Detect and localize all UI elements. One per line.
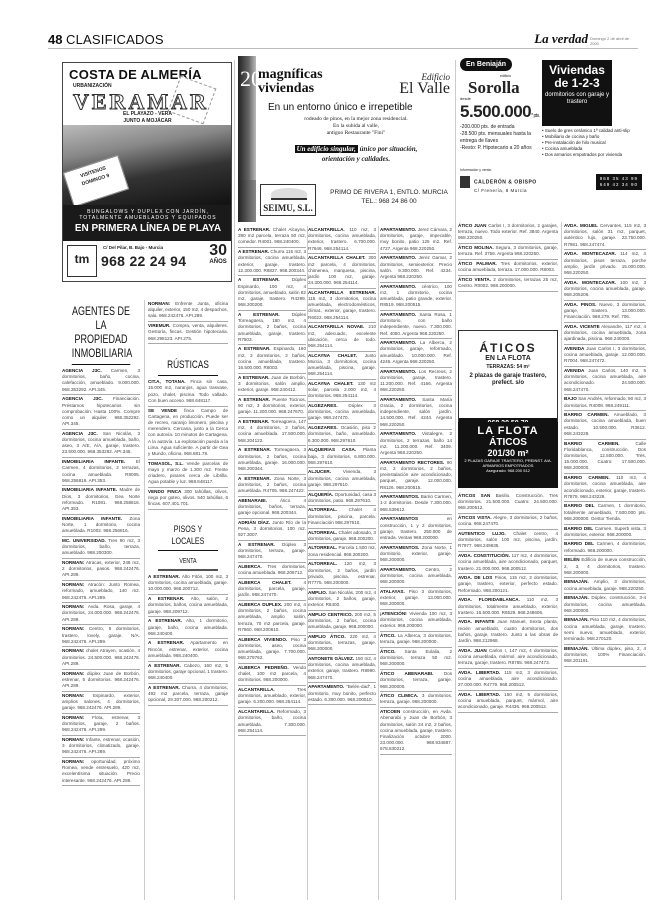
entry-heading: ALBERCA CHALET. bbox=[238, 580, 292, 585]
entry-heading: BARRIO DEL bbox=[564, 541, 594, 546]
entry-heading: ALQUERÍA. bbox=[308, 492, 333, 497]
phone-box: 968 35 43 99 649 42 34 90 bbox=[596, 174, 642, 190]
payment-terms: -200.000 pts. de entrada -28.500 pts. me… bbox=[460, 124, 540, 152]
classified-entry: APARTAMENTO RECTORES. 90 m2, 2 dormitori… bbox=[380, 459, 452, 494]
classified-entry: BARRIO CARMEN. 110 m2, 4 dormitorios, co… bbox=[564, 474, 646, 502]
classified-entry: NORMAN: Atracas, exterior, 248 m2, 2 dor… bbox=[62, 559, 140, 581]
ad-title: ÁTICOS bbox=[459, 341, 557, 355]
classified-entry: ALTORREAL. Parcela 1.500 m2, zona reside… bbox=[308, 544, 376, 560]
entry-heading: ALCANTARILLA. bbox=[308, 227, 345, 232]
term-line: -28.500 pts. mensuales hasta la entrega … bbox=[460, 131, 540, 145]
column-divider bbox=[561, 222, 562, 900]
entry-heading: AMPLIO CENTRICO. bbox=[308, 612, 353, 617]
entry-heading: BENIAJÁN. bbox=[564, 579, 589, 584]
entry-heading: AVDA. DE LOS bbox=[458, 575, 492, 580]
entry-heading: TOMASOL, S.L. bbox=[148, 461, 184, 466]
column-divider bbox=[307, 226, 308, 900]
entry-heading: NORMAN: bbox=[62, 671, 84, 676]
classified-entry: ¡ATENCIÓN! Vivienda 100 m2, 3 dormitorio… bbox=[380, 610, 452, 632]
entry-heading: ALCANTARILLA. bbox=[238, 709, 275, 714]
column-divider bbox=[378, 226, 379, 900]
entry-heading: ÁTICO ABENARABI. bbox=[380, 671, 433, 676]
entry-heading: ALCAYNA CHALET. bbox=[308, 381, 353, 386]
classified-entry: ALBERCA PEDREÑO. Vendo chalet, 100 m2 pa… bbox=[238, 664, 306, 686]
entry-heading: ADRIÁN DÍAZ. bbox=[238, 520, 270, 525]
price-unit: * pts. bbox=[531, 113, 539, 119]
entry-heading: A ESTRENAR. bbox=[238, 476, 271, 481]
ad-slogan: Un edificio singular, único por situació… bbox=[258, 144, 454, 164]
roof-icon bbox=[271, 188, 307, 200]
info-label: Información y venta: bbox=[460, 168, 642, 172]
desc-line: antiguo Restaurante "Fini" bbox=[258, 130, 454, 137]
classified-list: ÁTICO JUAN Carlos I, 3 dormitorios, 2 ga… bbox=[458, 222, 558, 292]
column-7: AVDA. MIGUEL Cervantes, 115 m2, 3 dormit… bbox=[564, 222, 646, 902]
band-line: BUNGALOWS Y DUPLEX CON JARDÍN, bbox=[63, 205, 232, 215]
entry-heading: A ESTRENAR. bbox=[238, 227, 270, 232]
entry-heading: AMPLIO. bbox=[308, 590, 327, 595]
classified-list: NORMAN: Enfrente Junta, oficina alquiler… bbox=[148, 300, 228, 344]
entry-heading: AVDA. MIGUEL bbox=[564, 223, 598, 228]
agency-address: C/ Del Pilar, B. Bajo - Murcia bbox=[103, 245, 163, 250]
classified-entry: ÁTICO CLIMICA. 3 dormitorios, terraza, g… bbox=[380, 692, 452, 708]
classified-list: A ESTRENAR. Alto Fitón, 100 m2, 3 dormit… bbox=[148, 573, 228, 706]
entry-heading: BELÉN bbox=[564, 557, 580, 562]
ad-seimu-footer: SEIMU, S.L. PRIMO DE RIVERA 1, ENTLO. MU… bbox=[238, 180, 456, 222]
ad-la-flota-aticos: LA FLOTA ÁTICOS 201/30 m² 2 PLAZAS GARAJ… bbox=[458, 422, 558, 488]
agency-phone: 968 22 24 94 bbox=[101, 253, 186, 269]
entry-heading: BAJO bbox=[564, 396, 577, 401]
classified-list: AVDA. MIGUEL Cervantes, 115 m2, 3 dormit… bbox=[564, 222, 646, 667]
classified-entry: ALGEZARES. Ocasión, piso 2 dormitorios, … bbox=[308, 424, 376, 446]
classified-entry: APARTAMENTO. Centro, 2 dormitorios, coci… bbox=[380, 566, 452, 588]
classified-entry: ALQUERIAS CASA. Planta baja, 3 dormitori… bbox=[308, 446, 376, 468]
band-line: TOTALMENTE AMUEBLADOS Y EQUIPADOS bbox=[63, 215, 232, 221]
classified-entry: A ESTRENAR. Alto, salón, 2 dormitorios, … bbox=[148, 595, 228, 617]
price: 5.500.000* pts. bbox=[460, 102, 540, 122]
price-prefix: desde bbox=[460, 96, 471, 101]
entry-heading: MC. UNIVERSIDAD. bbox=[62, 538, 106, 543]
section-title: CLASIFICADOS bbox=[66, 32, 164, 47]
classified-entry: BENIAJÁN. Amplio, 3 dormitorios, cocina … bbox=[564, 578, 646, 594]
classified-entry: NORMAN: dúplex Juan de Borbón, estrenar,… bbox=[62, 670, 140, 692]
entry-heading: APARTAMENTO. bbox=[380, 255, 416, 260]
page-header: 48 CLASIFICADOS La verdad Domingo 2 de a… bbox=[48, 32, 588, 46]
classified-entry: INMOBILIARIA INFANTE. Zona Norte, 1 dorm… bbox=[62, 515, 140, 537]
column-divider bbox=[234, 60, 235, 900]
classified-entry: A ESTRENAR. Zona Norte, 3 dormitorios, 2… bbox=[238, 475, 306, 497]
ad-title: LA FLOTA bbox=[458, 425, 558, 437]
entry-heading: APARTAMENTO. bbox=[380, 567, 416, 572]
entry-heading: ÁTICOS SAN bbox=[458, 493, 490, 498]
entry-heading: AVDA. MONTECAZAR. bbox=[564, 251, 616, 256]
classified-entry: AVENIDA Juan Carlos, 140 m2, 5 dormitori… bbox=[564, 367, 646, 395]
classified-entry: A ESTRENAR. Espinardo, 160 m2, 3 dormito… bbox=[238, 345, 306, 373]
ad-footer: tm C/ Del Pilar, B. Bajo - Murcia 968 22… bbox=[63, 241, 232, 282]
entry-heading: SE VENDE bbox=[148, 408, 177, 413]
column-5: APARTAMENTO. Jerez Cámara, 2 dormitorios… bbox=[380, 226, 452, 906]
entry-heading: AGENCIA J3C. bbox=[62, 431, 98, 436]
classified-entry: A ESTRENAR. Torreagüera, 147 m2, 4 dormi… bbox=[238, 418, 306, 446]
agency-logo: tm bbox=[67, 245, 97, 277]
entry-heading: ÁTICO. bbox=[380, 649, 396, 654]
newspaper-logo: La verdad bbox=[534, 31, 588, 47]
pine-photo bbox=[238, 180, 256, 222]
entry-heading: ALJUCER. bbox=[308, 469, 331, 474]
entry-heading: A ESTRENAR. bbox=[238, 249, 269, 254]
classified-entry: NORMAN: Centro, 5 dormitorios, trastero,… bbox=[62, 625, 140, 647]
entry-heading: AVENIDA bbox=[564, 368, 584, 373]
classified-list: CIT.A, TOTANA. Finca sin casa, 15.000 m2… bbox=[148, 378, 228, 510]
classified-entry: ALGEZARES. Dúplex 3 dormitorios, cocina … bbox=[308, 402, 376, 424]
classified-list: A ESTRENAR. Chalet Alcayna, 390 m2 parce… bbox=[238, 226, 306, 736]
agency-name: CALDERÓN & OBISPO bbox=[474, 179, 537, 185]
desc-line: rodeado de pinos, en la mejor zona resid… bbox=[258, 116, 454, 123]
page-number: 48 bbox=[48, 32, 62, 47]
classified-entry: BARRIO DEL Carmen. Superb vista, 3 dormi… bbox=[564, 525, 646, 541]
classified-entry: ÁTICO. La Alberca, 3 dormitorios, terraz… bbox=[380, 632, 452, 648]
entry-heading: INMOBILIARIA INFANTE. bbox=[62, 459, 125, 464]
entry-heading: NORMAN: bbox=[62, 693, 84, 698]
entry-heading: A ESTRENAR. bbox=[148, 685, 180, 690]
ad-el-valle: 20 magníficas viviendas Edificio El Vall… bbox=[238, 56, 456, 180]
classified-entry: ALTORREAL. Chalet adosado, 3 dormitorios… bbox=[308, 529, 376, 545]
entry-heading: ALBERCA VIVIENDO. bbox=[238, 637, 287, 642]
classified-entry: APARTAMENTO. Los Recreos, 2 dormitorios,… bbox=[380, 368, 452, 396]
ad-sorolla: En Beniaján edificio Sorolla desde 5.500… bbox=[456, 58, 646, 228]
ad-subtitle: EL PLAYAZO - VERA JUNTO A MOJÁCAR bbox=[123, 111, 172, 125]
classified-entry: NORMAN: Infante, estrenar, ocasión, 3 do… bbox=[62, 736, 140, 758]
ad-subtitle: ÁTICOS bbox=[458, 437, 558, 448]
entry-heading: NORMAN: bbox=[62, 715, 84, 720]
ad-subtitle: EN LA FLOTA bbox=[459, 355, 557, 362]
classified-entry: NORMAN: Avda. Rosa, garaje, 4 dormitorio… bbox=[62, 603, 140, 625]
entry-heading: ALGEZARES. bbox=[308, 425, 338, 430]
headline-box: Viviendas de 1-2-3 dormitorios con garaj… bbox=[542, 60, 612, 126]
classified-entry: AMPLIO ÁTICO. 220 m2, 4 dormitorios, ter… bbox=[308, 633, 376, 655]
entry-heading: A ESTRENAR. bbox=[148, 574, 180, 579]
entry-heading: AVDA. MONTECAZAR. bbox=[564, 280, 616, 285]
classified-entry: A ESTRENAR. Alto, 1 dormitorio, garaje, … bbox=[148, 617, 228, 639]
ad-aticos-flota: ÁTICOS EN LA FLOTA TERRAZAS: 54 m² 2 pla… bbox=[458, 330, 558, 430]
entry-heading: APARTAMENTO. bbox=[380, 369, 416, 374]
entry-heading: BENIAJÁN. bbox=[564, 595, 589, 600]
ad-headline: magníficas viviendas bbox=[258, 68, 323, 96]
classified-entry: VENDO FINCA 300 tahúllas, olivos, riego … bbox=[148, 488, 228, 510]
entry-heading: VENDO FINCA bbox=[148, 489, 181, 494]
classified-entry: ABENARABI. Ático 4 dormitorios, baños, t… bbox=[238, 497, 306, 519]
classified-entry: AMPLIO. San Nicolás, 200 m2, 4 dormitori… bbox=[308, 589, 376, 611]
entry-heading: NORMAN: bbox=[62, 737, 84, 742]
classified-entry: ALCANTARILLA. Reformado, 3 dormitorios, … bbox=[238, 708, 306, 736]
classified-list: AGENCIA J3C. Carmen, 3 dormitorios, baño… bbox=[62, 367, 140, 786]
entry-heading: APARTAMENTOS bbox=[380, 516, 418, 521]
ad-garage: 2 plazas de garaje trastero, prefect. s/… bbox=[459, 373, 557, 387]
entry-heading: AVENIDA bbox=[564, 346, 584, 351]
classified-entry: ALQUERÍA. Oportunidad, casa 3 dormitorio… bbox=[308, 491, 376, 507]
ad-band: BUNGALOWS Y DUPLEX CON JARDÍN, TOTALMENT… bbox=[63, 205, 232, 241]
entry-heading: NORMAN: bbox=[62, 648, 84, 653]
desc-line: En la subida al valle, bbox=[258, 123, 454, 130]
entry-heading: ALBERCA. bbox=[238, 564, 262, 569]
classified-entry: A ESTRENAR. Cabezo, 160 m2, 5 dormitorio… bbox=[148, 662, 228, 684]
classified-entry: ALJUCER. Vivienda, 3 dormitorios, cocina… bbox=[308, 468, 376, 490]
entry-heading: AVDA. CONSTITUCIÓN. bbox=[458, 553, 510, 558]
entry-heading: A ESTRENAR. bbox=[148, 640, 184, 645]
classified-entry: INMOBILIARIA INFANTE. El Carmen, 4 dormi… bbox=[62, 458, 140, 486]
classified-entry: VIREMUR. Compra, venta, alquileres. Gest… bbox=[148, 322, 228, 344]
classified-entry: A ESTRENAR. Churra, 4 dormitorios, 492 m… bbox=[148, 684, 228, 706]
classified-entry: ALBERCA DUPLEX. 200 m2, 4 dormitorios, 2… bbox=[238, 601, 306, 636]
agency-block: CALDERÓN & OBISPO C/ Frenería, 8 Murcia bbox=[460, 176, 537, 193]
classified-entry: NORMAN: chalet Atrayen, ocasión, 4 dormi… bbox=[62, 647, 140, 669]
classified-entry: ÁTICOS SAN Basilio. Construcción. Tres d… bbox=[458, 492, 558, 514]
seimu-address: PRIMO DE RIVERA 1, ENTLO. MURCIA bbox=[324, 188, 454, 197]
entry-heading: ALCANTARILLA ESTRENAR. bbox=[308, 290, 376, 295]
ad-subtitle-line: EL PLAYAZO - VERA bbox=[123, 111, 172, 118]
classified-entry: APARTAMENTO. Santa Rosa, 1 dormitorio, c… bbox=[380, 311, 452, 339]
entry-heading: ATALAYAS. bbox=[380, 589, 405, 594]
entry-heading: ALGEZARES. bbox=[308, 403, 338, 408]
classified-entry: SE VENDE finca Campo de Cartagena, en pr… bbox=[148, 407, 228, 460]
headline-line: magníficas bbox=[258, 68, 323, 82]
entry-text: construcción, en Avda. Abenarabi y Juan … bbox=[380, 709, 452, 751]
column-1: AGENTES DE LA PROPIEDAD INMOBILIARIA AGE… bbox=[62, 300, 140, 900]
entry-heading: INMOBILIARIA INFANTE. bbox=[62, 487, 117, 492]
classified-entry: ALCANTARILLA NOVAE. 210 m2, adecuado, ex… bbox=[308, 323, 376, 351]
entry-heading: ÁTICO MOLINA. bbox=[458, 245, 494, 250]
classified-entry: BENIAJÁN. Última dúplex, piso, 2, 4 dorm… bbox=[564, 645, 646, 667]
classified-list: ALCANTARILLA. 110 m2, 3 dormitorios, coc… bbox=[308, 226, 376, 705]
phone-number: 649 42 34 90 bbox=[600, 182, 638, 188]
entry-heading: ALTORREAL. bbox=[308, 507, 337, 512]
entry-heading: A ESTRENAR. bbox=[238, 277, 280, 282]
classified-entry: AVDA. MONTECAZAR. 100 m2, 3 dormitorios,… bbox=[564, 279, 646, 301]
classified-entry: ATALAYAS. Piso 3 dormitorios, exterior, … bbox=[380, 588, 452, 610]
classified-entry: APARTAMENTO. La Alberca, 2 dormitorios, … bbox=[380, 339, 452, 367]
entry-heading: AVDA. VICENTE bbox=[564, 324, 600, 329]
classified-entry: AUTENTICO LUJO. Chalet centro, 4 dormito… bbox=[458, 530, 558, 552]
entry-heading: ALCAYNA CHALET. bbox=[308, 353, 357, 358]
entry-heading: APARTAMENTO. bbox=[308, 684, 344, 689]
classified-entry: AVDA. MIGUEL Cervantes, 115 m2, 3 dormit… bbox=[564, 222, 646, 250]
classified-entry: BARRIO CARMEN. Amueblado, 3 dormitorios,… bbox=[564, 411, 646, 439]
entry-heading: A ESTRENAR. bbox=[238, 542, 275, 547]
entry-heading: APARTAMENTO. bbox=[380, 284, 416, 289]
classified-entry: ÁTICOS VISTA. Alegre, 3 dormitorios, 2 b… bbox=[458, 514, 558, 530]
classified-entry: ALCAYNA CHALET. 130 m2 solar, parcela 2.… bbox=[308, 380, 376, 402]
band-headline: EN PRIMERA LÍNEA DE PLAYA bbox=[63, 223, 232, 234]
classified-entry: A ESTRENAR. Dúplex 3 dormitorios, terraz… bbox=[238, 541, 306, 563]
entry-heading: AUTENTICO LUJO. bbox=[458, 531, 506, 536]
entry-heading: ALQUERIAS CASA. bbox=[308, 447, 356, 452]
entry-heading: NORMAN: bbox=[148, 301, 170, 306]
entry-heading: ÁTICO VENTA. bbox=[458, 277, 491, 282]
classified-entry: ATICOEN construcción, en Avda. Abenarabi… bbox=[380, 708, 452, 755]
entry-heading: ANTONETE GÁLVEZ. bbox=[308, 656, 354, 661]
entry-heading: APARTAMENTO RECTORES. bbox=[380, 460, 444, 465]
seimu-logo-text: SEIMU, S.L. bbox=[263, 203, 313, 213]
classified-entry: AVDA. FLORIDABLANCA. 110 m2, 3 dormitori… bbox=[458, 596, 558, 618]
classified-entry: A ESTRENAR. Dúplex Espinardo, 100 m2, 4 … bbox=[238, 276, 306, 311]
classified-entry: A ESTRENAR. Juan de Borbón, 3 dormitorio… bbox=[238, 374, 306, 396]
classified-entry: BENIAJÁN. Piso 110 m2, 4 dormitorios, co… bbox=[564, 616, 646, 644]
classified-entry: NORMAN: oportunidad, próximo Romea, vend… bbox=[62, 758, 140, 786]
entry-heading: AVDA. LIBERTAD. bbox=[458, 670, 500, 675]
entry-heading: NORMAN: bbox=[62, 759, 84, 764]
entry-heading: ALBERCA DUPLEX. bbox=[238, 602, 282, 607]
column-divider bbox=[144, 300, 145, 900]
classified-entry: APARTAMENTOS. Zona Norte, 1 dormitorio, … bbox=[380, 544, 452, 566]
classified-entry: TOMASOL, S.L. Vende parcelas de mayo y m… bbox=[148, 460, 228, 488]
entry-heading: ÁTICO JUAN bbox=[458, 223, 487, 228]
section-heading-pisos: PISOS Y LOCALES bbox=[158, 514, 218, 551]
classified-entry: APARTAMENTO. Santa María Gracia, 2 dormi… bbox=[380, 396, 452, 431]
classified-entry: AVDA. PINOS. Nuevo, 3 dormitorios, garaj… bbox=[564, 301, 646, 323]
classified-entry: AMPLIO CENTRICO. 200 m2, 5 dormitorios, … bbox=[308, 611, 376, 633]
column-divider bbox=[455, 60, 456, 900]
classified-entry: AVDA. MONTECAZAR. 114 m2, 4 dormitorios,… bbox=[564, 250, 646, 278]
entry-text: finca Campo de Cartagena, en producción.… bbox=[148, 408, 228, 456]
entry-heading: AVDA. JUAN bbox=[458, 648, 487, 653]
classified-entry: NORMAN: Flota, estrenar, 3 dormitorios, … bbox=[62, 714, 140, 736]
entry-heading: ALTORREAL. bbox=[308, 561, 337, 566]
entry-text: San Andrés, reformado, 90 m2, 3 dormitor… bbox=[564, 396, 646, 407]
entry-heading: NORMAN: bbox=[62, 560, 84, 565]
classified-entry: AGENCIA J3C. Financiación. Préstamos hip… bbox=[62, 395, 140, 430]
classified-entry: ALBERCA CHALET. 4 dormitorios, parcela, … bbox=[238, 579, 306, 601]
classified-entry: BAJO San Andrés, reformado, 90 m2, 3 dor… bbox=[564, 395, 646, 411]
classified-entry: ALTORREAL. Chalet 4 dormitorios, piscina… bbox=[308, 506, 376, 528]
classified-entry: APARTAMENTOS en construcción, 1 y 2 dorm… bbox=[380, 515, 452, 543]
column-6-top: ÁTICO JUAN Carlos I, 3 dormitorios, 2 ga… bbox=[458, 222, 558, 330]
feature-item: • Dos armarios empotrados por vivienda bbox=[542, 152, 642, 158]
term-line: -Resto: P. Hipotecario a 20 años bbox=[460, 145, 540, 152]
entry-heading: ¡ATENCIÓN! bbox=[380, 611, 407, 616]
entry-heading: ÁTICOS VISTA. bbox=[458, 515, 492, 520]
entry-heading: A ESTRENAR. bbox=[238, 447, 271, 452]
classified-entry: BELÉN Edificio de nueva construcción, 2,… bbox=[564, 556, 646, 578]
classified-entry: AVDA. VICENTE Alexandre, 117 m2, 4 dormi… bbox=[564, 323, 646, 345]
classified-entry: AVDA. INFANTE Juan Manuel, Sexta planta,… bbox=[458, 618, 558, 646]
slogan-line: orientación y calidades. bbox=[258, 154, 454, 164]
building-name: El Valle bbox=[399, 80, 450, 98]
ad-details: 2 PLAZAS GARAJE TRASTERO, PREINST. A/A. … bbox=[458, 458, 558, 468]
entry-heading: ALCANTARILLA NOVAE. bbox=[308, 324, 364, 329]
classified-entry: INMOBILIARIA INFANTE. Madre de Dios, 3 d… bbox=[62, 486, 140, 514]
entry-heading: APARTAMENTO. bbox=[380, 312, 416, 317]
classified-entry: AVDA. LIBERTAD. 115 m2, 3 dormitorios, c… bbox=[458, 669, 558, 691]
entry-heading: AGENCIA J3C. bbox=[62, 368, 102, 373]
entry-heading: A ESTRENAR. bbox=[238, 397, 270, 402]
section-heading-agentes: AGENTES DE LA PROPIEDAD INMOBILIARIA bbox=[72, 300, 131, 365]
entry-heading: ALCANTARILLA CHALET. bbox=[308, 255, 365, 260]
entry-heading: ATICOEN bbox=[380, 709, 400, 714]
ad-subtitle-line: JUNTO A MOJÁCAR bbox=[123, 118, 172, 125]
classified-entry: AVDA. JUAN Carlos I, 147 m2, 4 dormitori… bbox=[458, 647, 558, 669]
entry-heading: APARTAMENTOS. bbox=[380, 545, 419, 550]
classified-entry: A ESTRENAR. Torreagüera, 3 dormitorios, … bbox=[238, 446, 306, 474]
header-divider bbox=[48, 48, 638, 49]
entry-heading: AMPLIO ÁTICO. bbox=[308, 634, 346, 639]
issue-date: Domingo 2 de abril de 2000 bbox=[590, 36, 636, 46]
entry-heading: APARTAMENTOS. bbox=[380, 494, 419, 499]
entry-heading: VIREMUR. bbox=[148, 323, 170, 328]
seimu-phone: TEL.: 968 24 86 00 bbox=[324, 197, 454, 206]
entry-heading: AGENCIA J3C. bbox=[62, 396, 103, 401]
classified-entry: ANTONETE GÁLVEZ. 150 m2, 4 dormitorios, … bbox=[308, 655, 376, 683]
classified-entry: AVDA. CONSTITUCIÓN. 117 m2, 4 dormitorio… bbox=[458, 552, 558, 574]
entry-heading: INMOBILIARIA INFANTE. bbox=[62, 516, 122, 521]
entry-heading: BENIAJÁN. bbox=[564, 617, 589, 622]
classified-entry: APARTAMENTO. céntrico, 100 m2, 1 dormito… bbox=[380, 283, 452, 311]
entry-heading: ABENARABI. bbox=[238, 498, 267, 503]
entry-heading: ÁTICO CLIMICA. bbox=[380, 693, 418, 698]
entry-heading: A ESTRENAR. bbox=[238, 346, 271, 351]
classified-entry: NORMAN: Enfrente Junta, oficina alquiler… bbox=[148, 300, 228, 322]
classified-list: ÁTICOS SAN Basilio. Construcción. Tres d… bbox=[458, 492, 558, 713]
classified-entry: ÁTICO ABENARABI. Dos dormitorios, terraz… bbox=[380, 670, 452, 692]
entry-heading: BARRIO CARMEN. bbox=[564, 475, 610, 480]
column-3: A ESTRENAR. Chalet Alcayna, 390 m2 parce… bbox=[238, 226, 306, 906]
ad-tagline: En un entorno único e irrepetible bbox=[268, 102, 413, 113]
entry-heading: ÁTICO. bbox=[380, 633, 396, 638]
classified-entry: AVDA. LIBERTAD. 150 m2, 5 dormitorios, c… bbox=[458, 691, 558, 713]
entry-heading: APARTAMENTO. bbox=[380, 340, 416, 345]
seimu-logo: SEIMU, S.L. bbox=[260, 184, 316, 216]
seimu-contact: PRIMO DE RIVERA 1, ENTLO. MURCIA TEL.: 9… bbox=[324, 188, 454, 206]
classified-entry: ALBERCA. Tres dormitorios, cocina amuebl… bbox=[238, 563, 306, 579]
classified-list: APARTAMENTO. Jerez Cámara, 2 dormitorios… bbox=[380, 226, 452, 755]
ad-terraces: TERRAZAS: 54 m² bbox=[459, 364, 557, 370]
slogan-text: único por situación, bbox=[360, 145, 418, 153]
entry-heading: A ESTRENAR. bbox=[148, 618, 182, 623]
entry-heading: BENIAJÁN. bbox=[564, 646, 589, 651]
entry-heading: BARRIO DEL bbox=[564, 526, 593, 531]
classified-entry: BARRIO DEL Carmen, 1 dormitorio, totalme… bbox=[564, 502, 646, 524]
price-value: 5.500.000 bbox=[460, 102, 531, 121]
box-line: dormitorios con garaje y trastero bbox=[542, 92, 612, 106]
classified-entry: ÁTICO PALMAR. Tres dormitorios, exterior… bbox=[458, 260, 558, 276]
entry-heading: ÁTICO PALMAR. bbox=[458, 261, 497, 266]
entry-text: 115 m2, 3 dormitorios, cocina amueblada,… bbox=[308, 296, 376, 320]
column-4: ALCANTARILLA. 110 m2, 3 dormitorios, coc… bbox=[308, 226, 376, 906]
entry-heading: A ESTRENAR. bbox=[238, 419, 269, 424]
entry-heading: AVDA. INFANTE bbox=[458, 619, 495, 624]
entry-heading: AVDA. LIBERTAD. bbox=[458, 692, 500, 697]
ad-description: rodeado de pinos, en la mejor zona resid… bbox=[258, 116, 454, 137]
classified-entry: ALCANTARILLA. Tres dormitorios, amueblad… bbox=[238, 686, 306, 708]
classified-entry: ÁTICO JUAN Carlos I, 3 dormitorios, 2 ga… bbox=[458, 222, 558, 244]
entry-heading: NORMAN: bbox=[62, 626, 84, 631]
column-6-bottom: ÁTICOS SAN Basilio. Construcción. Tres d… bbox=[458, 492, 558, 902]
agency-address: C/ Frenería, 8 Murcia bbox=[474, 188, 537, 193]
entry-heading: A ESTRENAR. bbox=[148, 663, 181, 668]
ad-area: 201/30 m² bbox=[458, 448, 558, 458]
entry-heading: NORMAN: bbox=[62, 604, 84, 609]
classified-entry: BENIAJÁN. Dúplex, construcción, 3-4 dorm… bbox=[564, 594, 646, 616]
classified-entry: APARTAMENTOS. Barrio Carmen, 1-2 dormito… bbox=[380, 493, 452, 515]
entry-heading: AVDA. FLORIDABLANCA. bbox=[458, 597, 520, 602]
classified-entry: BARRIO DEL Carmen, 4 dormitorios, reform… bbox=[564, 540, 646, 556]
classified-entry: APARTAMENTO. Jerez Gamar, 2 dormitorios,… bbox=[380, 254, 452, 282]
entry-heading: CIT.A, TOTANA. bbox=[148, 379, 186, 384]
classified-entry: AVENIDA Juan Carlos I, 3 dormitorios, co… bbox=[564, 345, 646, 367]
classified-entry: MC. UNIVERSIDAD. Tres 90 m2, 3 dormitori… bbox=[62, 537, 140, 559]
classified-entry: ADRIÁN DÍAZ. Junto Río de la Pena, 3 dor… bbox=[238, 519, 306, 541]
classified-entry: NORMAN: Espinardo, exterior, amplios sal… bbox=[62, 692, 140, 714]
classified-entry: NORMAN: Atracón: Junto Romea, reformado,… bbox=[62, 581, 140, 603]
ad-phone: Asegurado: 968 200 512 bbox=[458, 468, 558, 473]
